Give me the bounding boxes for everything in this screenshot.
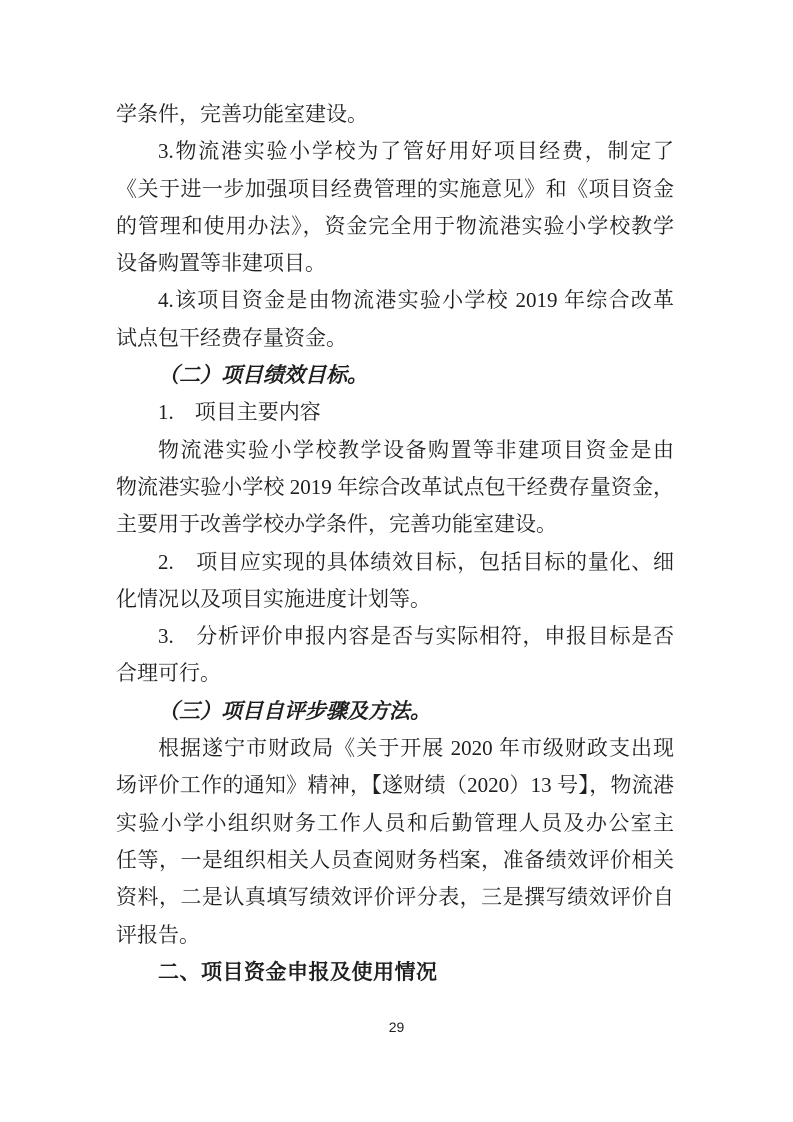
heading-section-3-self-evaluation-method: （三）项目自评步骤及方法。 [116,693,674,730]
body-line: 3.物流港实验小学校为了管好用好项目经费，制定了 [116,133,674,170]
body-line: 4.该项目资金是由物流港实验小学校 2019 年综合改革 [116,282,674,319]
body-line: 设备购置等非建项目。 [116,245,674,282]
body-line: 1. 项目主要内容 [116,394,674,431]
heading-section-2-performance-goals: （二）项目绩效目标。 [116,357,674,394]
body-line: 主要用于改善学校办学条件，完善功能室建设。 [116,506,674,543]
body-line: 资料，二是认真填写绩效评价评分表，三是撰写绩效评价自 [116,879,674,916]
body-line: 试点包干经费存量资金。 [116,320,674,357]
body-line: 3. 分析评价申报内容是否与实际相符，申报目标是否 [116,618,674,655]
body-line: 化情况以及项目实施进度计划等。 [116,581,674,618]
body-line: 学条件，完善功能室建设。 [116,96,674,133]
body-line: 实验小学小组织财务工作人员和后勤管理人员及办公室主 [116,805,674,842]
body-line: 物流港实验小学校教学设备购置等非建项目资金是由 [116,432,674,469]
document-page: 学条件，完善功能室建设。 3.物流港实验小学校为了管好用好项目经费，制定了 《关… [0,0,793,1122]
page-number: 29 [0,1019,793,1035]
body-line: 2. 项目应实现的具体绩效目标，包括目标的量化、细 [116,544,674,581]
heading-part-2-funds-declaration-usage: 二、项目资金申报及使用情况 [116,954,674,991]
body-line: 任等，一是组织相关人员查阅财务档案，准备绩效评价相关 [116,842,674,879]
body-line: 《关于进一步加强项目经费管理的实施意见》和《项目资金 [116,171,674,208]
body-line: 合理可行。 [116,655,674,692]
document-text-block: 学条件，完善功能室建设。 3.物流港实验小学校为了管好用好项目经费，制定了 《关… [116,96,674,991]
body-line: 根据遂宁市财政局《关于开展 2020 年市级财政支出现 [116,730,674,767]
body-line: 场评价工作的通知》精神，【遂财绩（2020）13 号】，物流港 [116,767,674,804]
body-line: 评报告。 [116,917,674,954]
body-line: 的管理和使用办法》，资金完全用于物流港实验小学校教学 [116,208,674,245]
body-line: 物流港实验小学校 2019 年综合改革试点包干经费存量资金， [116,469,674,506]
